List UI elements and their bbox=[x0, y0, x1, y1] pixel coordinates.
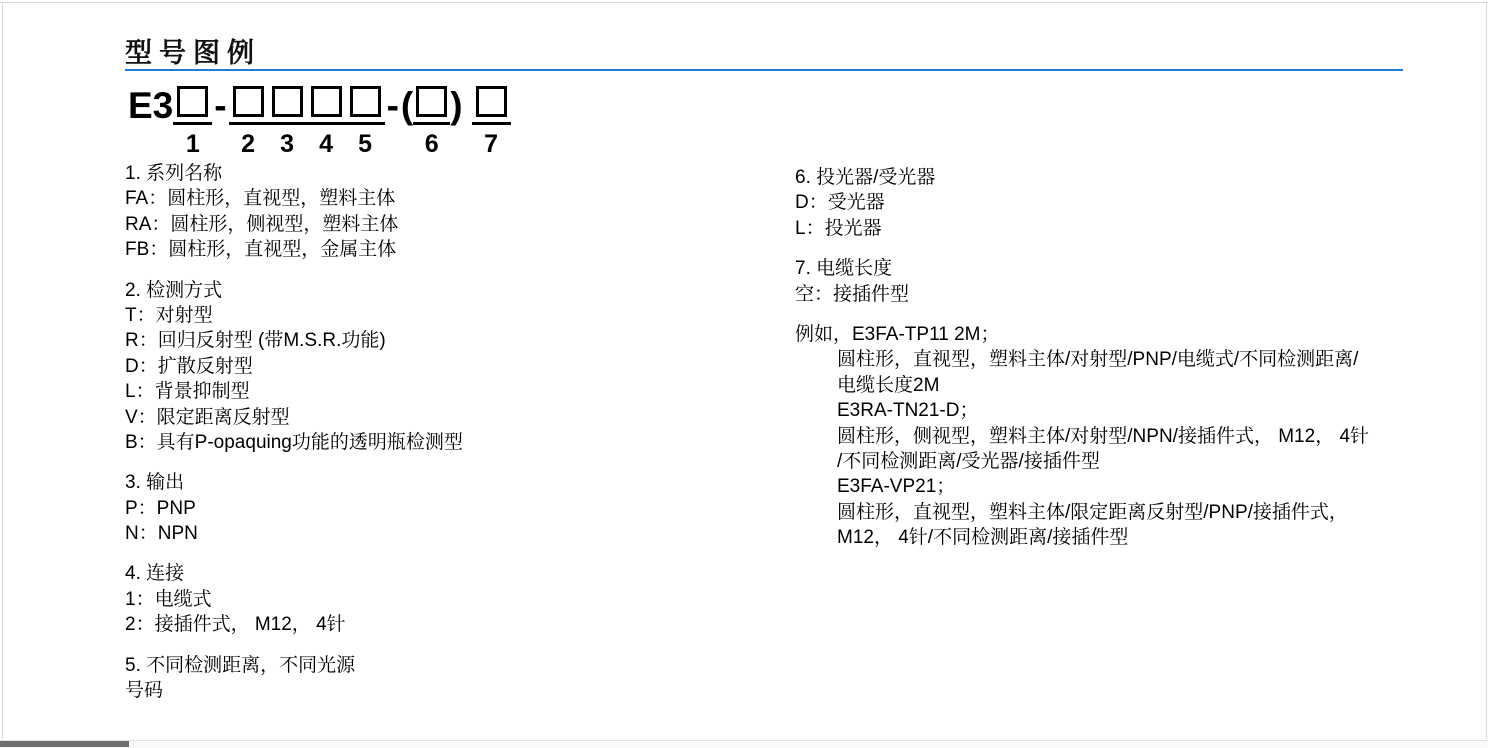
text-line: /不同检测距离/受光器/接插件型 bbox=[795, 449, 1369, 474]
paragraph: 3. 输出P：PNPN：NPN bbox=[125, 470, 463, 546]
model-box-group-7 bbox=[472, 86, 511, 125]
model-box-6 bbox=[416, 86, 447, 117]
model-segment-1: 1 bbox=[173, 86, 212, 159]
text-line: R：回归反射型 (带M.S.R.功能) bbox=[125, 328, 463, 353]
model-hyphen: - bbox=[387, 86, 399, 125]
model-box-group-6 bbox=[413, 86, 450, 125]
model-box-1 bbox=[177, 86, 208, 117]
text-line: 号码 bbox=[125, 678, 463, 703]
position-number-1: 1 bbox=[186, 130, 200, 159]
text-line: 2：接插件式， M12， 4针 bbox=[125, 612, 463, 637]
text-line: 1：电缆式 bbox=[125, 587, 463, 612]
model-box-5 bbox=[350, 86, 381, 117]
model-box-3 bbox=[272, 86, 303, 117]
model-hyphen: - bbox=[214, 86, 226, 125]
horizontal-scrollbar-track[interactable] bbox=[0, 740, 1488, 748]
page-title: 型号图例 bbox=[125, 31, 261, 70]
text-line: 3. 输出 bbox=[125, 470, 463, 495]
model-box-group-2345 bbox=[229, 86, 385, 125]
position-numbers: 7 bbox=[472, 130, 511, 159]
position-number-7: 7 bbox=[484, 130, 498, 159]
left-column: 1. 系列名称FA：圆柱形，直视型，塑料主体RA：圆柱形，侧视型，塑料主体FB：… bbox=[125, 161, 463, 718]
position-numbers: 6 bbox=[413, 130, 450, 159]
paren-close: ) bbox=[450, 86, 462, 125]
text-line: E3RA-TN21-D； bbox=[795, 398, 1369, 423]
text-line: 5. 不同检测距离，不同光源 bbox=[125, 653, 463, 678]
position-number-6: 6 bbox=[425, 130, 439, 159]
position-number-4: 4 bbox=[319, 130, 333, 159]
paragraph: 5. 不同检测距离，不同光源号码 bbox=[125, 653, 463, 704]
model-box-4 bbox=[311, 86, 342, 117]
paragraph: 1. 系列名称FA：圆柱形，直视型，塑料主体RA：圆柱形，侧视型，塑料主体FB：… bbox=[125, 161, 463, 263]
paragraph: 6. 投光器/受光器D：受光器L：投光器 bbox=[795, 165, 1369, 241]
position-numbers: 2 3 4 5 bbox=[229, 130, 385, 159]
text-line: 1. 系列名称 bbox=[125, 161, 463, 186]
page-edge-right bbox=[1486, 3, 1487, 739]
text-line: 4. 连接 bbox=[125, 561, 463, 586]
model-box-7 bbox=[476, 86, 507, 117]
text-line: P：PNP bbox=[125, 496, 463, 521]
text-line: 6. 投光器/受光器 bbox=[795, 165, 1369, 190]
text-line: FB：圆柱形，直视型，金属主体 bbox=[125, 237, 463, 262]
position-number-5: 5 bbox=[358, 130, 372, 159]
position-number-2: 2 bbox=[241, 130, 255, 159]
text-line: 电缆长度2M bbox=[795, 373, 1369, 398]
position-numbers: 1 bbox=[173, 130, 212, 159]
page-edge-top bbox=[0, 2, 1488, 3]
text-line: D：扩散反射型 bbox=[125, 354, 463, 379]
text-line: FA：圆柱形，直视型，塑料主体 bbox=[125, 186, 463, 211]
text-line: B：具有P-opaquing功能的透明瓶检测型 bbox=[125, 430, 463, 455]
horizontal-scrollbar-thumb[interactable] bbox=[0, 741, 129, 747]
text-line: V：限定距离反射型 bbox=[125, 405, 463, 430]
paren-open: ( bbox=[401, 86, 413, 125]
paragraph: 7. 电缆长度空：接插件型 bbox=[795, 256, 1369, 307]
text-line: D：受光器 bbox=[795, 190, 1369, 215]
model-prefix: E3 bbox=[128, 86, 173, 125]
text-line: 圆柱形，直视型，塑料主体/限定距离反射型/PNP/接插件式， bbox=[795, 500, 1369, 525]
paragraph: 例如，E3FA-TP11 2M；圆柱形，直视型，塑料主体/对射型/PNP/电缆式… bbox=[795, 322, 1369, 551]
right-column: 6. 投光器/受光器D：受光器L：投光器7. 电缆长度空：接插件型例如，E3FA… bbox=[795, 165, 1369, 565]
text-line: L：背景抑制型 bbox=[125, 379, 463, 404]
paragraph: 4. 连接1：电缆式2：接插件式， M12， 4针 bbox=[125, 561, 463, 637]
text-line: M12， 4针/不同检测距离/接插件型 bbox=[795, 525, 1369, 550]
text-line: 空：接插件型 bbox=[795, 282, 1369, 307]
model-segment-6: 6 bbox=[413, 86, 450, 159]
model-segment-2345: 2 3 4 5 bbox=[229, 86, 385, 159]
text-line: L：投光器 bbox=[795, 216, 1369, 241]
model-box-2 bbox=[233, 86, 264, 117]
document-page: 型号图例 E3 1 - 2 3 4 5 bbox=[0, 0, 1488, 748]
text-line: T：对射型 bbox=[125, 303, 463, 328]
text-line: N：NPN bbox=[125, 521, 463, 546]
text-line: RA：圆柱形，侧视型，塑料主体 bbox=[125, 212, 463, 237]
position-number-3: 3 bbox=[280, 130, 294, 159]
model-segment-7: 7 bbox=[472, 86, 511, 159]
model-box-group-1 bbox=[173, 86, 212, 125]
text-line: 2. 检测方式 bbox=[125, 278, 463, 303]
text-line: 圆柱形，侧视型，塑料主体/对射型/NPN/接插件式， M12， 4针 bbox=[795, 424, 1369, 449]
text-line: 圆柱形，直视型，塑料主体/对射型/PNP/电缆式/不同检测距离/ bbox=[795, 347, 1369, 372]
text-line: 例如，E3FA-TP11 2M； bbox=[795, 322, 1369, 347]
model-number-pattern: E3 1 - 2 3 4 5 - ( bbox=[128, 86, 511, 159]
title-underline-rule bbox=[125, 69, 1403, 71]
page-edge-left bbox=[2, 3, 3, 739]
paragraph: 2. 检测方式T：对射型R：回归反射型 (带M.S.R.功能)D：扩散反射型L：… bbox=[125, 278, 463, 456]
text-line: 7. 电缆长度 bbox=[795, 256, 1369, 281]
text-line: E3FA-VP21； bbox=[795, 474, 1369, 499]
